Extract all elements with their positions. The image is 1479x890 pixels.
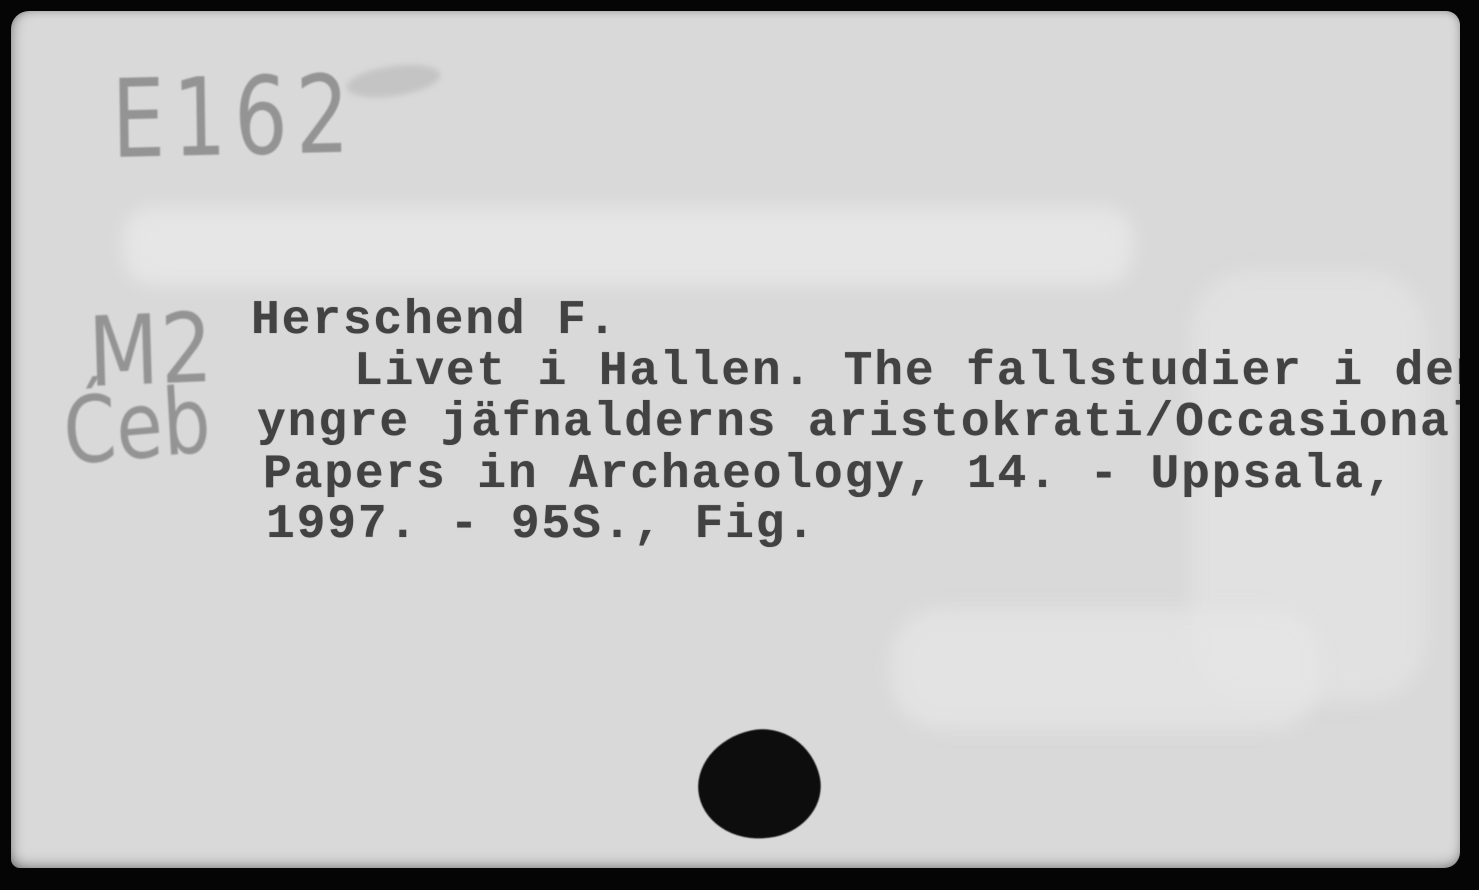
handwritten-annotation-ceb: Ćeb (61, 374, 213, 478)
faint-show-through-patch-center (891, 609, 1321, 729)
entry-imprint-line: 1997. - 95S., Fig. (266, 501, 817, 549)
entry-author-line: Herschend F. (251, 297, 618, 345)
ink-spot (688, 719, 830, 851)
scanned-card-photo: E162 M2 Ćeb Herschend F. Livet i Hallen.… (0, 0, 1479, 890)
pencil-smudge (344, 60, 442, 103)
entry-title-line-2: yngre jäfnalderns aristokrati/Occasional (257, 399, 1460, 447)
catalog-card: E162 M2 Ćeb Herschend F. Livet i Hallen.… (11, 11, 1460, 868)
entry-series-line: Papers in Archaeology, 14. - Uppsala, (263, 451, 1395, 499)
call-number-handwritten: E162 (111, 62, 358, 175)
entry-title-line-1: Livet i Hallen. The fallstudier i den (354, 348, 1460, 396)
faint-show-through-band (123, 207, 1133, 285)
